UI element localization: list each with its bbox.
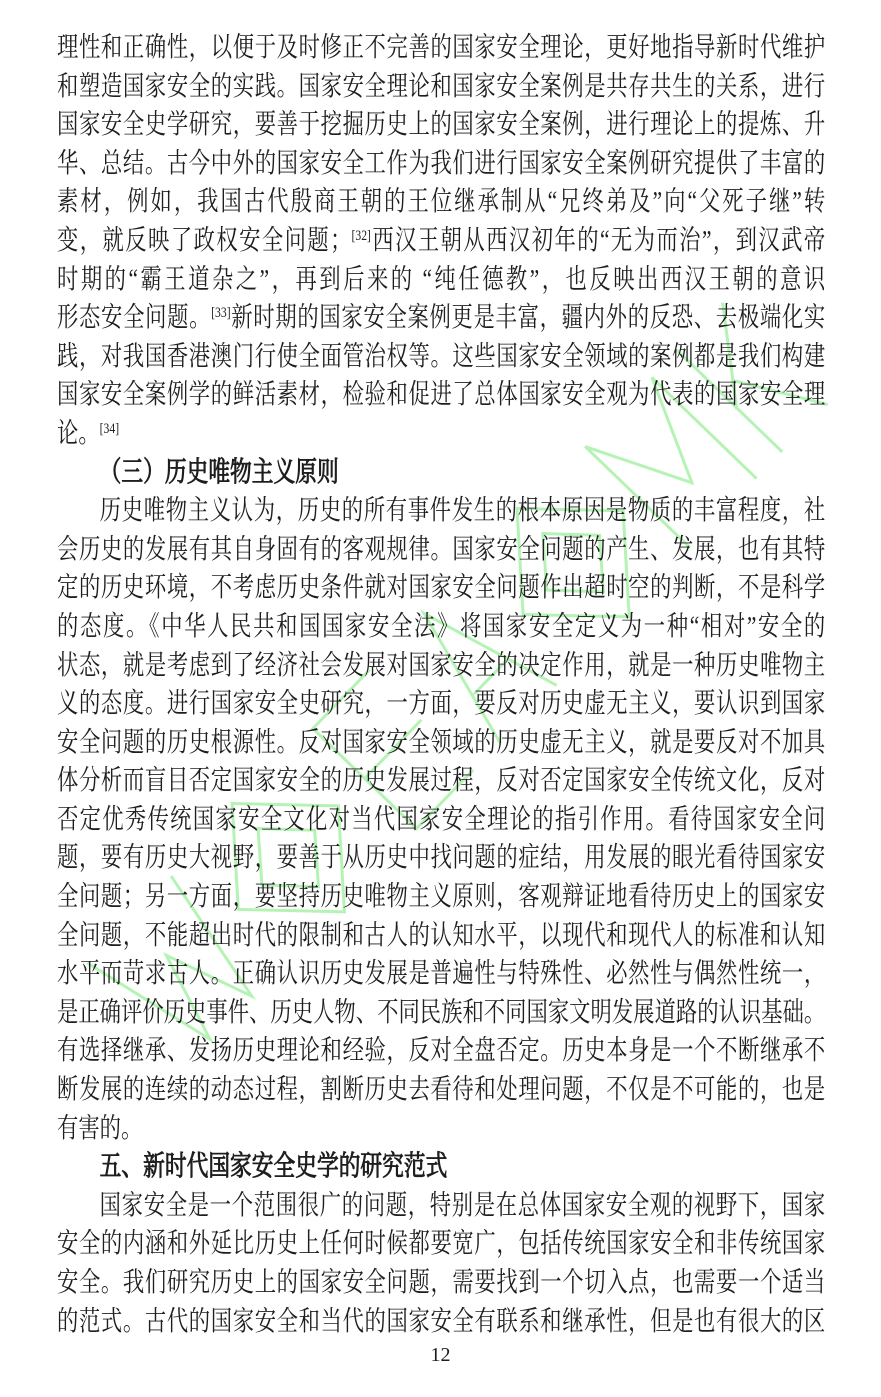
text-line: 形态安全问题。[33]新时期的国家安全案例更是丰富，疆内外的反恐、去极端化实	[57, 298, 825, 337]
text-line: 义的态度。进行国家安全史研究，一方面，要反对历史虚无主义，要认识到国家	[57, 684, 825, 723]
text-line: 安全。我们研究历史上的国家安全问题，需要找到一个切入点，也需要一个适当	[57, 1263, 825, 1302]
text-line: 的态度。《中华人民共和国国家安全法》将国家安全定义为一种“相对”安全的	[57, 607, 825, 646]
text-line: 理性和正确性，以便于及时修正不完善的国家安全理论，更好地指导新时代维护	[57, 28, 825, 67]
paragraph-research-paradigm: 国家安全是一个范围很广的问题，特别是在总体国家安全观的视野下，国家安全的内涵和外…	[57, 1186, 825, 1340]
section-heading-3: （三）历史唯物主义原则	[57, 453, 825, 492]
text-line: 的范式。古代的国家安全和当代的国家安全有联系和继承性，但是也有很大的区	[57, 1302, 825, 1341]
paragraph-continuation: 理性和正确性，以便于及时修正不完善的国家安全理论，更好地指导新时代维护和塑造国家…	[57, 28, 825, 453]
text-line: 时期的“霸王道杂之”，再到后来的 “纯任德教”，也反映出西汉王朝的意识	[57, 260, 825, 299]
text-line: 定的历史环境，不考虑历史条件就对国家安全问题作出超时空的判断，不是科学	[57, 568, 825, 607]
text-line: 断发展的连续的动态过程，割断历史去看待和处理问题，不仅是不可能的，也是	[57, 1070, 825, 1109]
text-line: 华、总结。古今中外的国家安全工作为我们进行国家安全案例研究提供了丰富的	[57, 144, 825, 183]
text-line: 有害的。	[57, 1109, 825, 1148]
text-line: 安全问题的历史根源性。反对国家安全领域的历史虚无主义，就是要反对不加具	[57, 723, 825, 762]
section-heading-5: 五、新时代国家安全史学的研究范式	[57, 1147, 825, 1186]
page-number: 12	[0, 1344, 881, 1367]
text-line: 践，对我国香港澳门行使全面管治权等。这些国家安全领域的案例都是我们构建	[57, 337, 825, 376]
body-text: 理性和正确性，以便于及时修正不完善的国家安全理论，更好地指导新时代维护和塑造国家…	[57, 28, 825, 1340]
text-line: 素材，例如，我国古代殷商王朝的王位继承制从“兄终弟及”向“父死子继”转	[57, 182, 825, 221]
text-line: 状态，就是考虑到了经济社会发展对国家安全的决定作用，就是一种历史唯物主	[57, 646, 825, 685]
document-page: 理性和正确性，以便于及时修正不完善的国家安全理论，更好地指导新时代维护和塑造国家…	[0, 0, 881, 1397]
text-line: 国家安全是一个范围很广的问题，特别是在总体国家安全观的视野下，国家	[57, 1186, 825, 1225]
text-line: 全问题；另一方面，要坚持历史唯物主义原则，客观辩证地看待历史上的国家安	[57, 877, 825, 916]
text-line: 历史唯物主义认为，历史的所有事件发生的根本原因是物质的丰富程度，社	[57, 491, 825, 530]
text-line: 水平而苛求古人。正确认识历史发展是普遍性与特殊性、必然性与偶然性统一，	[57, 954, 825, 993]
text-line: 体分析而盲目否定国家安全的历史发展过程，反对否定国家安全传统文化，反对	[57, 761, 825, 800]
text-line: 会历史的发展有其自身固有的客观规律。国家安全问题的产生、发展，也有其特	[57, 530, 825, 569]
text-line: 国家安全史学研究，要善于挖掘历史上的国家安全案例，进行理论上的提炼、升	[57, 105, 825, 144]
paragraph-historical-materialism: 历史唯物主义认为，历史的所有事件发生的根本原因是物质的丰富程度，社会历史的发展有…	[57, 491, 825, 1147]
text-line: 有选择继承、发扬历史理论和经验，反对全盘否定。历史本身是一个不断继承不	[57, 1031, 825, 1070]
text-line: 变，就反映了政权安全问题；[32]西汉王朝从西汉初年的“无为而治”，到汉武帝	[57, 221, 825, 260]
text-line: 国家安全案例学的鲜活素材，检验和促进了总体国家安全观为代表的国家安全理	[57, 375, 825, 414]
text-line: 和塑造国家安全的实践。国家安全理论和国家安全案例是共存共生的关系，进行	[57, 67, 825, 106]
text-line: 论。[34]	[57, 414, 825, 453]
text-line: 是正确评价历史事件、历史人物、不同民族和不同国家文明发展道路的认识基础。	[57, 993, 825, 1032]
text-line: 题，要有历史大视野，要善于从历史中找问题的症结，用发展的眼光看待国家安	[57, 838, 825, 877]
text-line: 全问题，不能超出时代的限制和古人的认知水平，以现代和现代人的标准和认知	[57, 916, 825, 955]
text-line: 安全的内涵和外延比历史上任何时候都要宽广，包括传统国家安全和非传统国家	[57, 1224, 825, 1263]
text-line: 否定优秀传统国家安全文化对当代国家安全理论的指引作用。看待国家安全问	[57, 800, 825, 839]
